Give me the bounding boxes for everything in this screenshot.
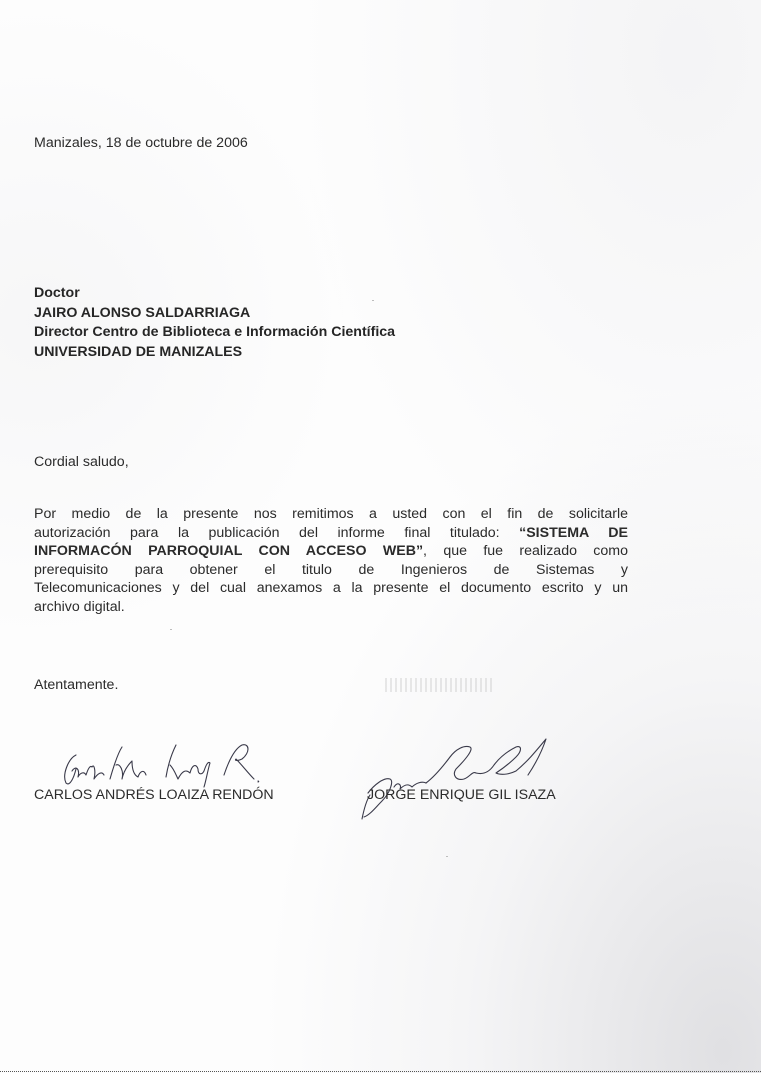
addressee-title: Doctor [34,284,395,304]
signatory-1-name: CARLOS ANDRÉS LOAIZA RENDÓN [34,786,274,804]
report-title-part-2: INFORMACÓN PARROQUIAL CON ACCESO WEB” [34,543,423,559]
body-line-1: Por medio de la presente nos remitimos a… [34,505,628,524]
body-line-6: archivo digital. [34,598,628,617]
scan-speck [372,300,374,301]
scan-speck [170,629,172,630]
place-and-date: Manizales, 18 de octubre de 2006 [34,134,248,153]
letter-body: Por medio de la presente nos remitimos a… [34,505,628,617]
scanned-letter-page: Manizales, 18 de octubre de 2006 Doctor … [0,0,761,1073]
signature-1-icon [58,735,278,790]
addressee-block: Doctor JAIRO ALONSO SALDARRIAGA Director… [34,284,395,362]
closing: Atentamente. [34,676,118,695]
body-line-5: Telecomunicaciones y del cual anexamos a… [34,579,628,598]
body-line-2-text: autorización para la publicación del inf… [34,525,519,541]
signatory-2-name: JORGE ENRIQUE GIL ISAZA [367,786,556,804]
report-title-part-1: “SISTEMA DE [519,525,628,541]
page-bottom-edge [0,1071,761,1072]
body-line-3: INFORMACÓN PARROQUIAL CON ACCESO WEB”, q… [34,542,628,561]
addressee-name: JAIRO ALONSO SALDARRIAGA [34,304,395,324]
body-line-2: autorización para la publicación del inf… [34,524,628,543]
greeting: Cordial saludo, [34,453,129,472]
signature-2-icon [360,735,560,820]
body-line-3-text: , que fue realizado como [423,543,628,559]
faint-stamp-mark [385,678,495,692]
addressee-institution: UNIVERSIDAD DE MANIZALES [34,343,395,363]
scan-speck [446,856,448,857]
body-line-4: prerequisito para obtener el titulo de I… [34,561,628,580]
addressee-position: Director Centro de Biblioteca e Informac… [34,323,395,343]
